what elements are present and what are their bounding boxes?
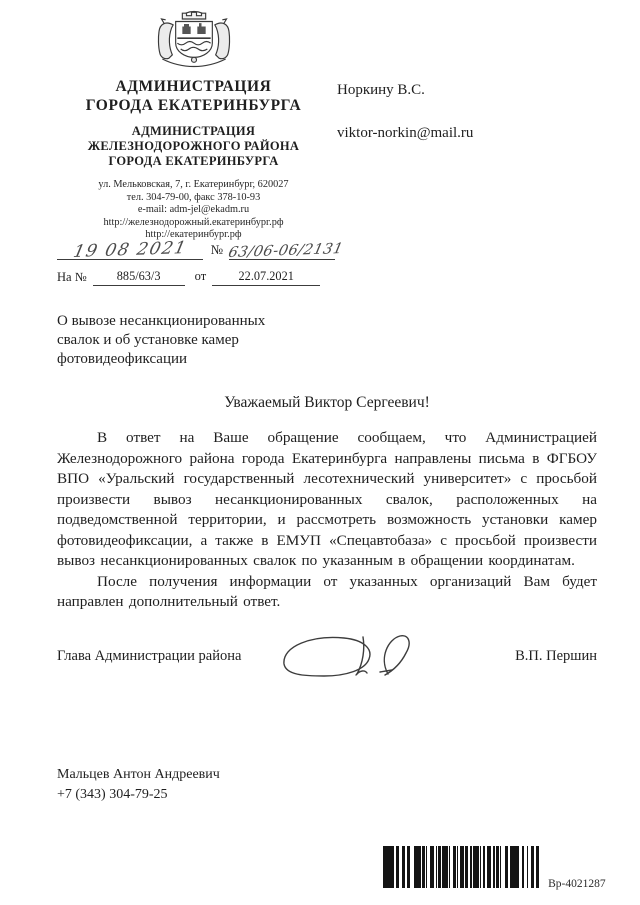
outgoing-date-handwritten: 19 08 2021 (71, 238, 189, 262)
signer-name: В.П. Першин (515, 648, 597, 665)
barcode-bars (383, 846, 539, 888)
address-site-district: http://железнодорожный.екатеринбург.рф (57, 217, 330, 230)
barcode-bar (414, 846, 421, 888)
body-paragraph-2: После получения информации от указанных … (57, 572, 597, 613)
dept-line2: ЖЕЛЕЗНОДОРОЖНОГО РАЙОНА (57, 139, 330, 154)
reference-block: 19 08 2021 № 63/06-06/2131 На № 885/63/3… (57, 240, 335, 286)
reply-to-label: На № (57, 270, 87, 285)
letterhead-titles: АДМИНИСТРАЦИЯ ГОРОДА ЕКАТЕРИНБУРГА АДМИН… (57, 78, 330, 169)
coat-of-arms-icon (144, 6, 244, 72)
outgoing-date-field: 19 08 2021 (57, 240, 203, 260)
scanned-letter-page: АДМИНИСТРАЦИЯ ГОРОДА ЕКАТЕРИНБУРГА АДМИН… (0, 0, 640, 905)
handwritten-signature-icon (276, 630, 426, 682)
org-title-line2: ГОРОДА ЕКАТЕРИНБУРГА (57, 97, 330, 116)
barcode-bar (536, 846, 539, 888)
executor-phone: +7 (343) 304-79-25 (57, 785, 220, 805)
address-phone-fax: тел. 304-79-00, факс 378-10-93 (57, 192, 330, 205)
signer-position: Глава Администрации района (57, 648, 241, 665)
recipient-name: Норкину В.С. (337, 82, 473, 99)
address-email: e-mail: adm-jel@ekadm.ru (57, 204, 330, 217)
address-street: ул. Мельковская, 7, г. Екатеринбург, 620… (57, 179, 330, 192)
subject-line1: О вывозе несанкционированных (57, 312, 265, 331)
barcode-bar (383, 846, 394, 888)
subject-line2: свалок и об установке камер (57, 331, 265, 350)
outgoing-number-field: 63/06-06/2131 (229, 243, 335, 260)
registration-barcode: Вр-4021287 (383, 846, 606, 888)
subject-block: О вывозе несанкционированных свалок и об… (57, 312, 265, 369)
dept-line3: ГОРОДА ЕКАТЕРИНБУРГА (57, 154, 330, 169)
letterhead-address: ул. Мельковская, 7, г. Екатеринбург, 620… (57, 179, 330, 242)
outgoing-number-handwritten: 63/06-06/2131 (227, 241, 345, 261)
signature-row: Глава Администрации района В.П. Першин (57, 630, 597, 682)
reference-row-incoming: На № 885/63/3 от 22.07.2021 (57, 269, 335, 286)
salutation: Уважаемый Виктор Сергеевич! (57, 394, 597, 412)
dept-line1: АДМИНИСТРАЦИЯ (57, 124, 330, 139)
body-paragraph-1: В ответ на Ваше обращение сообщаем, что … (57, 428, 597, 572)
executor-contact: Мальцев Антон Андреевич +7 (343) 304-79-… (57, 765, 220, 806)
incoming-number-field: 885/63/3 (93, 269, 185, 286)
recipient-email: viktor-norkin@mail.ru (337, 125, 473, 142)
subject-line3: фотовидеофиксации (57, 350, 265, 369)
barcode-bar (510, 846, 519, 888)
letter-body: В ответ на Ваше обращение сообщаем, что … (57, 428, 597, 613)
dept-titles: АДМИНИСТРАЦИЯ ЖЕЛЕЗНОДОРОЖНОГО РАЙОНА ГО… (57, 124, 330, 169)
incoming-date-field: 22.07.2021 (212, 269, 320, 286)
barcode-label: Вр-4021287 (548, 878, 606, 890)
org-title-line1: АДМИНИСТРАЦИЯ (57, 78, 330, 97)
from-label: от (195, 269, 207, 284)
reference-row-outgoing: 19 08 2021 № 63/06-06/2131 (57, 240, 335, 260)
number-sign-label: № (211, 242, 223, 258)
executor-name: Мальцев Антон Андреевич (57, 765, 220, 785)
recipient-block: Норкину В.С. viktor-norkin@mail.ru (337, 82, 473, 142)
letterhead-emblem (57, 6, 330, 77)
